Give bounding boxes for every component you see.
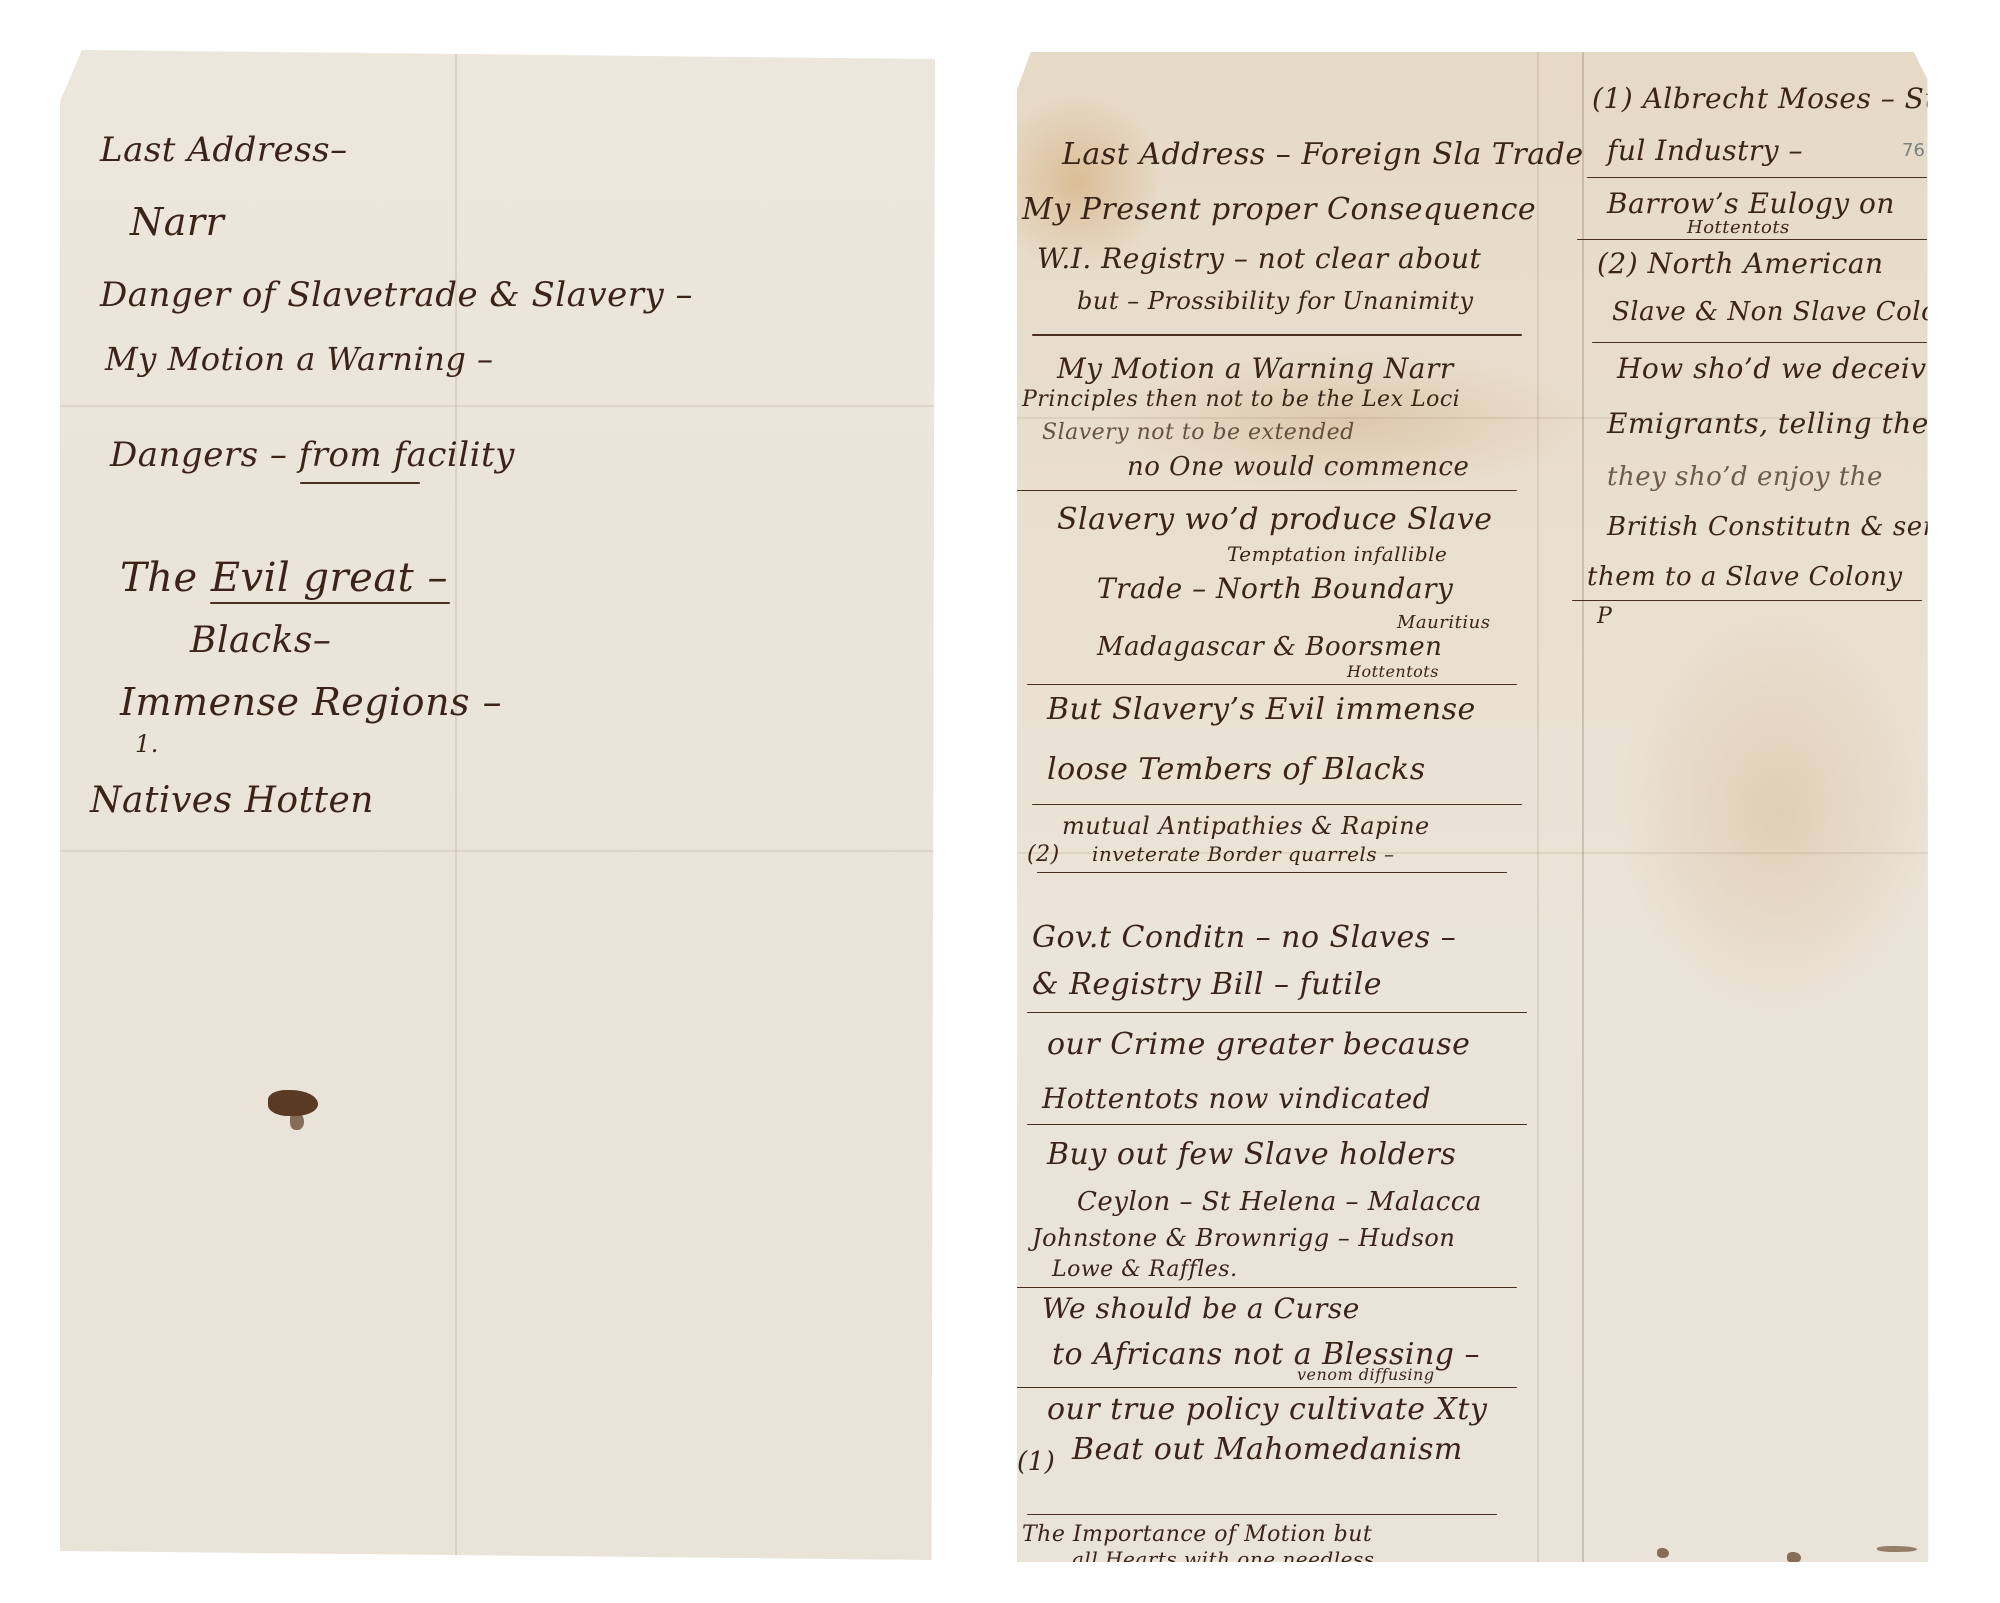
note-line: W.I. Registry – not clear about (1037, 242, 1481, 275)
note-line: (2) North American (1597, 247, 1884, 280)
note-line: inveterate Border quarrels – (1092, 842, 1394, 866)
note-line: Hottentots (1347, 662, 1439, 681)
fold-line (1537, 52, 1539, 1562)
note-line: Mauritius (1397, 612, 1490, 633)
note-line: Slavery not to be extended (1042, 420, 1355, 445)
note-line: venom diffusing (1297, 1365, 1435, 1384)
divider-rule (1017, 1387, 1517, 1388)
note-line: our Crime greater because (1047, 1027, 1470, 1062)
note-line: Buy out few Slave holders (1047, 1137, 1456, 1172)
water-stain (1617, 602, 1937, 1022)
divider-rule (1032, 804, 1522, 805)
note-line: How sho’d we deceive our (1617, 352, 2000, 385)
note-line: Slave & Non Slave Colonies (1612, 297, 1993, 327)
note-line: Temptation infallible (1227, 542, 1447, 566)
note-line: no One would commence (1127, 452, 1469, 482)
note-line: our true policy cultivate Xty (1047, 1392, 1487, 1427)
note-line: P (1597, 604, 1612, 629)
fold-line (60, 850, 935, 852)
note-line: 1. (135, 730, 159, 758)
note-line: We should be a Curse (1042, 1292, 1360, 1325)
note-line: Narr (130, 200, 224, 244)
note-line: Principles then not to be the Lex Loci (1022, 387, 1460, 412)
fold-line (60, 405, 935, 407)
note-line: The Importance of Motion but (1022, 1522, 1372, 1547)
note-line: mutual Antipathies & Rapine (1062, 812, 1430, 840)
note-line: Lowe & Raffles. (1052, 1257, 1238, 1282)
divider-rule (1037, 872, 1507, 873)
ink-stain (1787, 1552, 1801, 1563)
divider-rule (1592, 342, 1927, 343)
note-line: Last Address – Foreign Sla Trade (1062, 137, 1584, 172)
divider-rule (1027, 1012, 1527, 1013)
divider-rule (1027, 1514, 1497, 1515)
note-line: Hottentots now vindicated (1042, 1082, 1431, 1115)
ink-stain (1657, 1548, 1669, 1558)
divider-rule (1017, 490, 1517, 491)
note-line: Johnstone & Brownrigg – Hudson (1032, 1224, 1455, 1252)
note-line: Madagascar & Boorsmen (1097, 632, 1442, 662)
note-line: But Slavery’s Evil immense (1047, 692, 1476, 727)
note-line: My Present proper Consequence (1022, 192, 1536, 227)
divider-rule (1027, 684, 1517, 685)
note-line: & Registry Bill – futile (1032, 967, 1382, 1002)
note-line: British Constitutn & sending (1607, 512, 2000, 542)
right-manuscript-sheet: Last Address – Foreign Sla Trade My Pres… (1017, 52, 1932, 1562)
note-line: ful Industry – (1607, 134, 1803, 167)
underline (210, 602, 450, 604)
ink-stain (290, 1112, 304, 1130)
note-line: (1) Albrecht Moses – Success (1592, 82, 2000, 115)
section-marker: (2) (1027, 842, 1060, 867)
note-line: Trade – North Boundary (1097, 572, 1453, 605)
note-line: Immense Regions – (120, 680, 502, 724)
column-divider (1582, 52, 1584, 1562)
note-line: Beat out Mahomedanism (1072, 1432, 1463, 1467)
divider-rule (1587, 177, 1927, 178)
note-line: My Motion a Warning Narr (1057, 352, 1454, 385)
note-line: The Evil great – (120, 555, 448, 601)
note-line: loose Tembers of Blacks (1047, 752, 1426, 787)
section-marker: (1) (1017, 1447, 1055, 1477)
note-line: them to a Slave Colony (1587, 562, 1903, 592)
divider-rule (1572, 600, 1922, 601)
note-line: Hottentots (1687, 217, 1790, 238)
note-line: My Motion a Warning – (105, 340, 494, 378)
note-line: Ceylon – St Helena – Malacca (1077, 1187, 1482, 1217)
note-line: Dangers – from facility (110, 435, 515, 475)
note-line: Natives Hotten (90, 780, 374, 821)
ink-stain (1877, 1546, 1917, 1552)
note-line: Slavery wo’d produce Slave (1057, 502, 1493, 537)
note-line: Blacks– (190, 620, 331, 661)
divider-rule (1032, 334, 1522, 336)
divider-rule (1027, 1124, 1527, 1125)
note-line: Emigrants, telling them (1607, 407, 1956, 440)
note-line: to argue Reynolds applied (1072, 1572, 1350, 1596)
note-line: they sho’d enjoy the (1607, 462, 1883, 492)
note-line: Last Address– (100, 130, 348, 170)
divider-rule (1577, 239, 1927, 240)
note-line: Danger of Slavetrade & Slavery – (100, 275, 693, 315)
underline (300, 482, 420, 484)
note-line: but – Prossibility for Unanimity (1077, 287, 1474, 315)
page-number: 76 (1902, 140, 1925, 161)
note-line: Gov.t Conditn – no Slaves – (1032, 920, 1456, 955)
left-manuscript-sheet: Last Address– Narr Danger of Slavetrade … (60, 50, 935, 1560)
divider-rule (1017, 1287, 1517, 1288)
note-line: Barrow’s Eulogy on (1607, 187, 1895, 220)
note-line: all Hearts with one needless (1072, 1547, 1375, 1571)
